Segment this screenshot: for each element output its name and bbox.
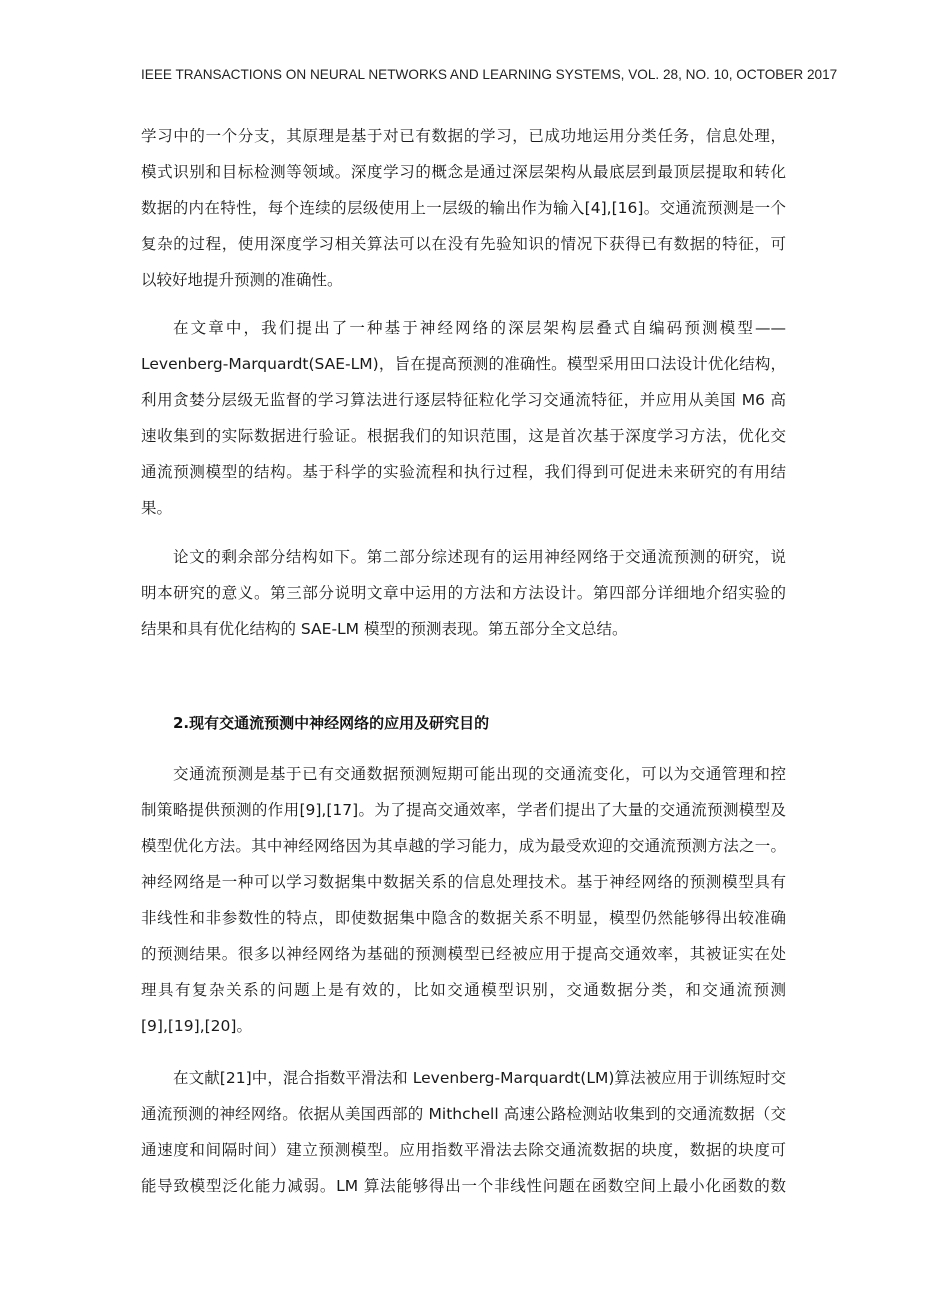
paragraph-nn-traffic-prediction: 交通流预测是基于已有交通数据预测短期可能出现的交通流变化，可以为交通管理和控 制… [141,756,786,1044]
text-line: 通流预测模型的结构。基于科学的实验流程和执行过程，我们得到可促进未来研究的有用结 [141,454,786,490]
text-line: 交通流预测是基于已有交通数据预测短期可能出现的交通流变化，可以为交通管理和控 [141,756,786,792]
text-line: 学习中的一个分支，其原理是基于对已有数据的学习，已成功地运用分类任务，信息处理， [141,118,786,154]
text-line: 速收集到的实际数据进行验证。根据我们的知识范围，这是首次基于深度学习方法，优化交 [141,418,786,454]
text-line: 明本研究的意义。第三部分说明文章中运用的方法和方法设计。第四部分详细地介绍实验的 [141,575,786,611]
paragraph-proposed-model: 在文章中，我们提出了一种基于神经网络的深层架构层叠式自编码预测模型—— Leve… [141,310,786,526]
text-line: 复杂的过程，使用深度学习相关算法可以在没有先验知识的情况下获得已有数据的特征，可 [141,226,786,262]
text-line: 在文章中，我们提出了一种基于神经网络的深层架构层叠式自编码预测模型—— [141,310,786,346]
text-line: [9],[19],[20]。 [141,1008,786,1044]
text-line: 神经网络是一种可以学习数据集中数据关系的信息处理技术。基于神经网络的预测模型具有 [141,864,786,900]
paragraph-paper-structure: 论文的剩余部分结构如下。第二部分综述现有的运用神经网络于交通流预测的研究，说 明… [141,539,786,647]
text-line: 果。 [141,490,786,526]
text-line: 模型优化方法。其中神经网络因为其卓越的学习能力，成为最受欢迎的交通流预测方法之一… [141,828,786,864]
text-line: 数据的内在特性，每个连续的层级使用上一层级的输出作为输入[4],[16]。交通流… [141,190,786,226]
text-line: 模式识别和目标检测等领域。深度学习的概念是通过深层架构从最底层到最顶层提取和转化 [141,154,786,190]
text-line: 利用贪婪分层级无监督的学习算法进行逐层特征粒化学习交通流特征，并应用从美国 M6… [141,382,786,418]
running-header: IEEE TRANSACTIONS ON NEURAL NETWORKS AND… [141,67,786,82]
text-line: 非线性和非参数性的特点，即使数据集中隐含的数据关系不明显，模型仍然能够得出较准确 [141,900,786,936]
text-line: 的预测结果。很多以神经网络为基础的预测模型已经被应用于提高交通效率，其被证实在处 [141,936,786,972]
text-line: 制策略提供预测的作用[9],[17]。为了提高交通效率，学者们提出了大量的交通流… [141,792,786,828]
text-line: 以较好地提升预测的准确性。 [141,262,786,298]
text-line: 在文献[21]中，混合指数平滑法和 Levenberg-Marquardt(LM… [141,1060,786,1096]
text-line: 通速度和间隔时间）建立预测模型。应用指数平滑法去除交通流数据的块度，数据的块度可 [141,1132,786,1168]
text-line: Levenberg-Marquardt(SAE-LM)，旨在提高预测的准确性。模… [141,346,786,382]
text-line: 理具有复杂关系的问题上是有效的，比如交通模型识别，交通数据分类，和交通流预测 [141,972,786,1008]
section-heading: 2.现有交通流预测中神经网络的应用及研究目的 [173,712,489,733]
text-line: 结果和具有优化结构的 SAE-LM 模型的预测表现。第五部分全文总结。 [141,611,786,647]
text-line: 通流预测的神经网络。依据从美国西部的 Mithchell 高速公路检测站收集到的… [141,1096,786,1132]
text-line: 能导致模型泛化能力减弱。LM 算法能够得出一个非线性问题在函数空间上最小化函数的… [141,1168,786,1204]
paragraph-deep-learning: 学习中的一个分支，其原理是基于对已有数据的学习，已成功地运用分类任务，信息处理，… [141,118,786,298]
paragraph-reference-21: 在文献[21]中，混合指数平滑法和 Levenberg-Marquardt(LM… [141,1060,786,1204]
text-line: 论文的剩余部分结构如下。第二部分综述现有的运用神经网络于交通流预测的研究，说 [141,539,786,575]
